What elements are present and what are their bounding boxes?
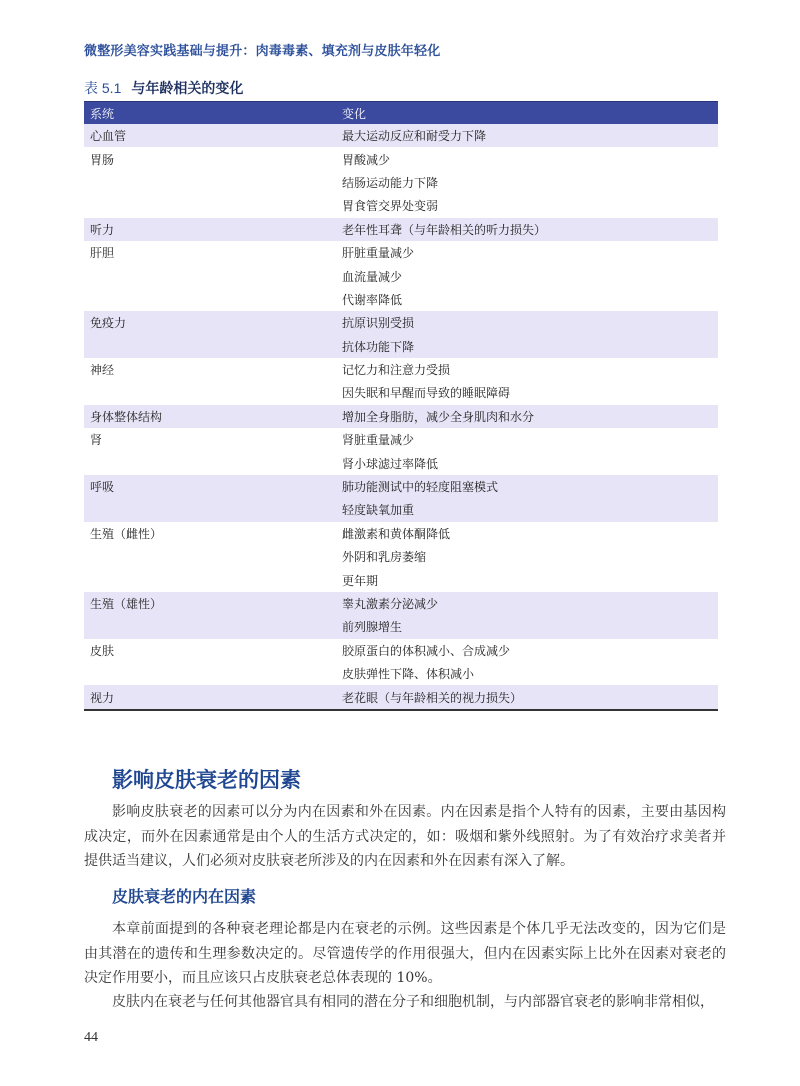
header-system: 系统 bbox=[84, 105, 338, 122]
change-cell: 血流量减少 bbox=[338, 268, 718, 285]
table-row: 生殖（雌性）雌激素和黄体酮降低 bbox=[84, 522, 718, 545]
table-row: 胃肠胃酸减少 bbox=[84, 147, 718, 170]
change-cell: 抗体功能下降 bbox=[338, 338, 718, 355]
table-caption: 表 5.1与年龄相关的变化 bbox=[84, 78, 243, 98]
table-group: 呼吸肺功能测试中的轻度阻塞模式轻度缺氧加重 bbox=[84, 475, 718, 522]
table-group: 身体整体结构增加全身脂肪，减少全身肌肉和水分 bbox=[84, 405, 718, 428]
table-row: 胃食管交界处变弱 bbox=[84, 194, 718, 217]
table-group: 生殖（雌性）雌激素和黄体酮降低外阴和乳房萎缩更年期 bbox=[84, 522, 718, 592]
change-cell: 胃酸减少 bbox=[338, 151, 718, 168]
table-row: 皮肤弹性下降、体积减小 bbox=[84, 662, 718, 685]
table-row: 前列腺增生 bbox=[84, 615, 718, 638]
table-group: 听力老年性耳聋（与年龄相关的听力损失） bbox=[84, 218, 718, 241]
table-body: 心血管最大运动反应和耐受力下降胃肠胃酸减少结肠运动能力下降胃食管交界处变弱听力老… bbox=[84, 124, 718, 709]
subsection-heading: 皮肤衰老的内在因素 bbox=[112, 884, 256, 907]
change-cell: 肺功能测试中的轻度阻塞模式 bbox=[338, 478, 718, 495]
system-cell: 免疫力 bbox=[84, 314, 338, 331]
change-cell: 前列腺增生 bbox=[338, 618, 718, 635]
change-cell: 老花眼（与年龄相关的视力损失） bbox=[338, 689, 718, 706]
change-cell: 结肠运动能力下降 bbox=[338, 174, 718, 191]
change-cell: 外阴和乳房萎缩 bbox=[338, 548, 718, 565]
age-changes-table: 系统 变化 心血管最大运动反应和耐受力下降胃肠胃酸减少结肠运动能力下降胃食管交界… bbox=[84, 101, 718, 711]
change-cell: 老年性耳聋（与年龄相关的听力损失） bbox=[338, 221, 718, 238]
section-paragraph: 影响皮肤衰老的因素可以分为内在因素和外在因素。内在因素是指个人特有的因素，主要由… bbox=[84, 800, 726, 874]
table-row: 听力老年性耳聋（与年龄相关的听力损失） bbox=[84, 218, 718, 241]
table-row: 心血管最大运动反应和耐受力下降 bbox=[84, 124, 718, 147]
table-row: 生殖（雄性）睾丸激素分泌减少 bbox=[84, 592, 718, 615]
system-cell: 心血管 bbox=[84, 127, 338, 144]
table-group: 免疫力抗原识别受损抗体功能下降 bbox=[84, 311, 718, 358]
table-row: 呼吸肺功能测试中的轻度阻塞模式 bbox=[84, 475, 718, 498]
table-row: 结肠运动能力下降 bbox=[84, 171, 718, 194]
change-cell: 雌激素和黄体酮降低 bbox=[338, 525, 718, 542]
table-header-row: 系统 变化 bbox=[84, 101, 718, 124]
change-cell: 睾丸激素分泌减少 bbox=[338, 595, 718, 612]
table-row: 皮肤胶原蛋白的体积减小、合成减少 bbox=[84, 639, 718, 662]
subsection-paragraph-2: 皮肤内在衰老与任何其他器官具有相同的潜在分子和细胞机制，与内部器官衰老的影响非常… bbox=[84, 990, 726, 1015]
system-cell: 胃肠 bbox=[84, 151, 338, 168]
change-cell: 更年期 bbox=[338, 572, 718, 589]
table-group: 皮肤胶原蛋白的体积减小、合成减少皮肤弹性下降、体积减小 bbox=[84, 639, 718, 686]
system-cell: 身体整体结构 bbox=[84, 408, 338, 425]
table-row: 身体整体结构增加全身脂肪，减少全身肌肉和水分 bbox=[84, 405, 718, 428]
table-group: 肾肾脏重量减少肾小球滤过率降低 bbox=[84, 428, 718, 475]
system-cell: 视力 bbox=[84, 689, 338, 706]
page-number: 44 bbox=[84, 1030, 98, 1046]
system-cell: 生殖（雄性） bbox=[84, 595, 338, 612]
system-cell: 生殖（雌性） bbox=[84, 525, 338, 542]
table-row: 外阴和乳房萎缩 bbox=[84, 545, 718, 568]
change-cell: 增加全身脂肪，减少全身肌肉和水分 bbox=[338, 408, 718, 425]
system-cell: 神经 bbox=[84, 361, 338, 378]
table-row: 抗体功能下降 bbox=[84, 335, 718, 358]
table-bottom-rule bbox=[84, 709, 718, 711]
table-row: 肾肾脏重量减少 bbox=[84, 428, 718, 451]
table-row: 肾小球滤过率降低 bbox=[84, 451, 718, 474]
table-group: 胃肠胃酸减少结肠运动能力下降胃食管交界处变弱 bbox=[84, 147, 718, 217]
system-cell: 肝胆 bbox=[84, 244, 338, 261]
change-cell: 抗原识别受损 bbox=[338, 314, 718, 331]
table-row: 轻度缺氧加重 bbox=[84, 498, 718, 521]
change-cell: 肾小球滤过率降低 bbox=[338, 455, 718, 472]
section-heading: 影响皮肤衰老的因素 bbox=[112, 764, 301, 794]
subsection-paragraph-1: 本章前面提到的各种衰老理论都是内在衰老的示例。这些因素是个体几乎无法改变的，因为… bbox=[84, 917, 726, 991]
system-cell: 听力 bbox=[84, 221, 338, 238]
table-group: 生殖（雄性）睾丸激素分泌减少前列腺增生 bbox=[84, 592, 718, 639]
running-head: 微整形美容实践基础与提升：肉毒毒素、填充剂与皮肤年轻化 bbox=[84, 40, 440, 59]
table-group: 肝胆肝脏重量减少血流量减少代谢率降低 bbox=[84, 241, 718, 311]
change-cell: 代谢率降低 bbox=[338, 291, 718, 308]
table-number: 表 5.1 bbox=[84, 80, 121, 96]
table-row: 代谢率降低 bbox=[84, 288, 718, 311]
table-row: 神经记忆力和注意力受损 bbox=[84, 358, 718, 381]
change-cell: 肾脏重量减少 bbox=[338, 431, 718, 448]
change-cell: 肝脏重量减少 bbox=[338, 244, 718, 261]
change-cell: 最大运动反应和耐受力下降 bbox=[338, 127, 718, 144]
table-row: 肝胆肝脏重量减少 bbox=[84, 241, 718, 264]
table-group: 视力老花眼（与年龄相关的视力损失） bbox=[84, 685, 718, 708]
table-row: 更年期 bbox=[84, 568, 718, 591]
table-title: 与年龄相关的变化 bbox=[131, 80, 243, 96]
table-row: 因失眠和早醒而导致的睡眠障碍 bbox=[84, 381, 718, 404]
change-cell: 胃食管交界处变弱 bbox=[338, 197, 718, 214]
table-group: 神经记忆力和注意力受损因失眠和早醒而导致的睡眠障碍 bbox=[84, 358, 718, 405]
header-change: 变化 bbox=[338, 105, 718, 122]
system-cell: 皮肤 bbox=[84, 642, 338, 659]
table-row: 血流量减少 bbox=[84, 264, 718, 287]
change-cell: 胶原蛋白的体积减小、合成减少 bbox=[338, 642, 718, 659]
system-cell: 呼吸 bbox=[84, 478, 338, 495]
table-row: 免疫力抗原识别受损 bbox=[84, 311, 718, 334]
change-cell: 因失眠和早醒而导致的睡眠障碍 bbox=[338, 384, 718, 401]
table-row: 视力老花眼（与年龄相关的视力损失） bbox=[84, 685, 718, 708]
table-group: 心血管最大运动反应和耐受力下降 bbox=[84, 124, 718, 147]
change-cell: 轻度缺氧加重 bbox=[338, 501, 718, 518]
change-cell: 记忆力和注意力受损 bbox=[338, 361, 718, 378]
change-cell: 皮肤弹性下降、体积减小 bbox=[338, 665, 718, 682]
system-cell: 肾 bbox=[84, 431, 338, 448]
